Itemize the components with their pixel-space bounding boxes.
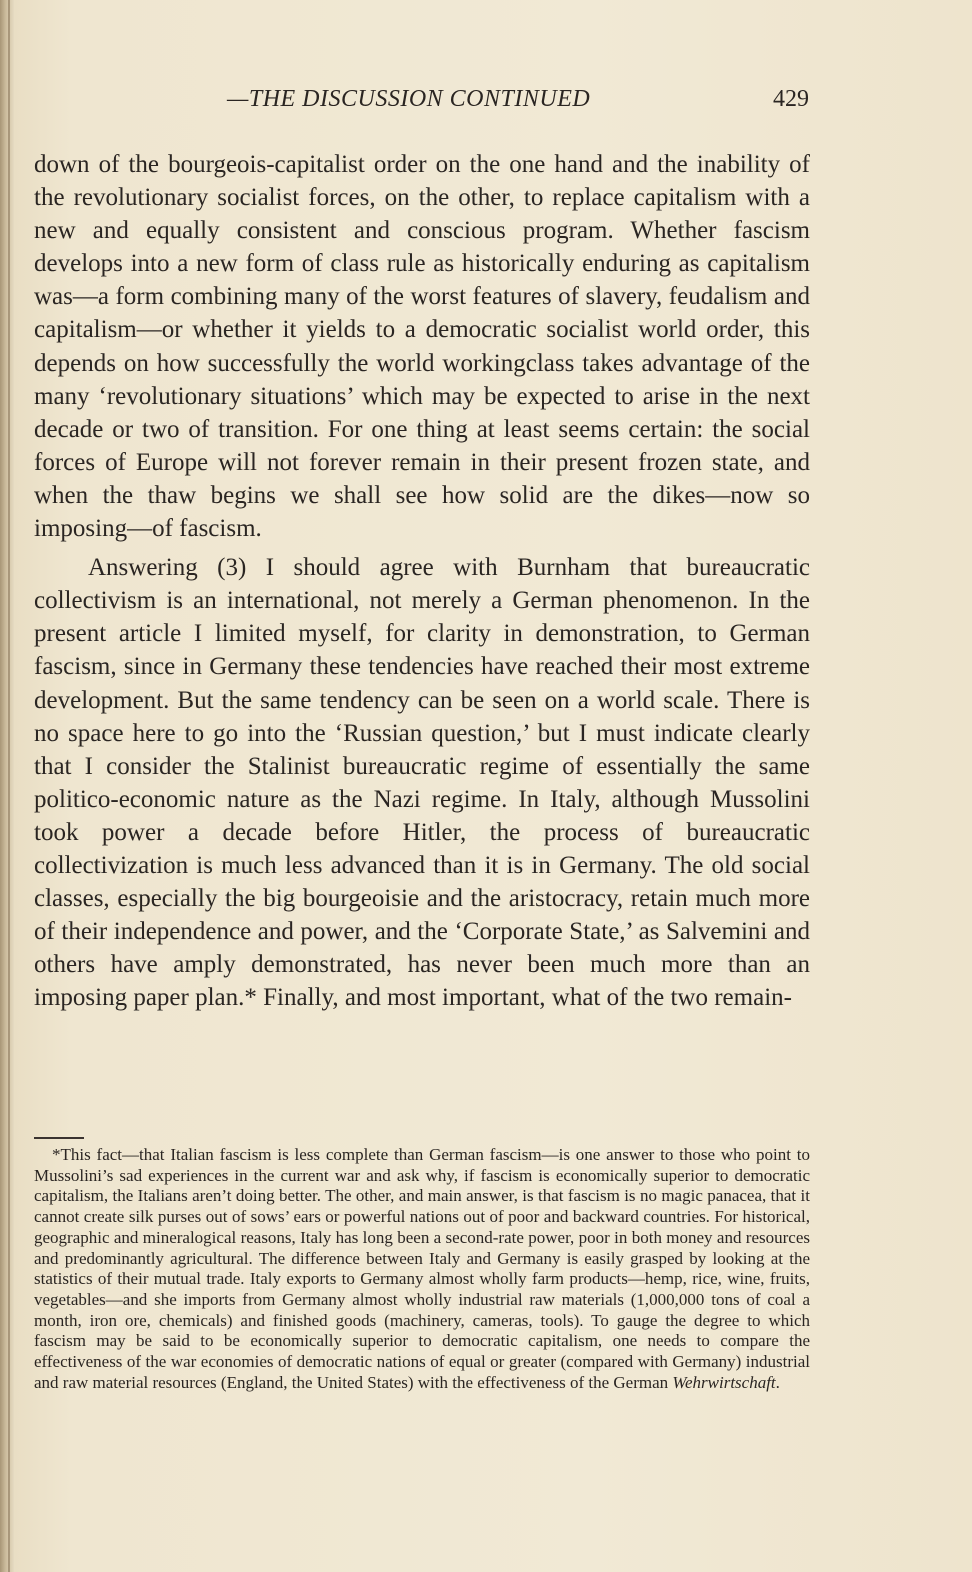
footnote: *This fact—that Italian fascism is less … <box>34 1145 810 1393</box>
book-gutter <box>0 0 14 1572</box>
footnote-paragraph: *This fact—that Italian fascism is less … <box>34 1145 810 1393</box>
body-text: down of the bourgeois-capitalist order o… <box>34 148 810 1014</box>
paragraph: Answering (3) I should agree with Burnha… <box>34 551 810 1014</box>
footnote-rule <box>34 1137 84 1139</box>
chapter-title: —THE DISCUSSION CONTINUED <box>227 86 590 113</box>
running-head: —THE DISCUSSION CONTINUED 429 <box>0 86 972 122</box>
gutter-line <box>8 0 10 1572</box>
page-number: 429 <box>773 86 809 113</box>
footnote-end: . <box>776 1373 780 1392</box>
footnote-italic-term: Wehrwirtschaft <box>672 1373 775 1392</box>
paragraph: down of the bourgeois-capitalist order o… <box>34 148 810 545</box>
footnote-text: *This fact—that Italian fascism is less … <box>34 1145 810 1392</box>
